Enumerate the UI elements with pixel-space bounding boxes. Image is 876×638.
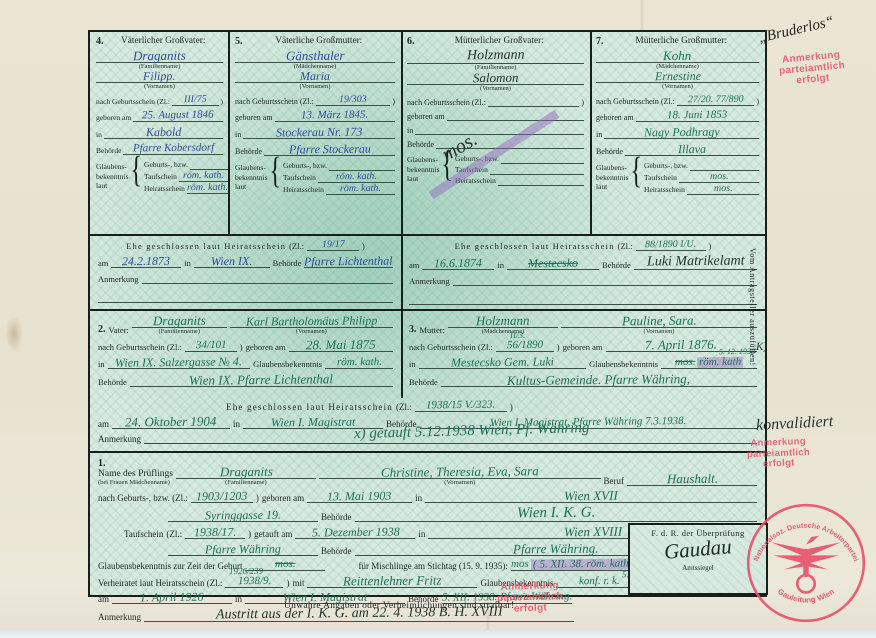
label: Behörde: [235, 147, 262, 156]
label: geboren am: [96, 113, 131, 122]
label: laut: [235, 182, 268, 192]
section-title: Väterlicher Großvater:: [104, 36, 224, 47]
nsdap-round-stamp: Nationalsoz. Deutsche Arbeiterpartei Gau…: [746, 503, 866, 623]
label: Behörde: [596, 147, 623, 156]
eagle-emblem-icon: [771, 536, 841, 593]
birthdate-value: 7. April 1876.: [645, 338, 717, 352]
baptism-date-value: 5. Dezember 1938: [311, 526, 399, 539]
birthplace-value: Wien IX. Salzergasse № 4.: [115, 356, 242, 369]
firstname-sublabel: (Vornamen): [596, 83, 759, 90]
label: Glaubensbekenntnis zur Zeit der Geburt: [98, 561, 242, 571]
section-number: 3.: [409, 324, 417, 335]
firstname-sublabel: (Vornamen): [230, 328, 393, 335]
firstname-sublabel: (Vornamen): [319, 479, 601, 486]
baptism-parish-value: Pfarre Währing: [205, 543, 281, 556]
label: am: [98, 258, 108, 268]
label: in: [418, 529, 425, 539]
certificate-number: 27/20. 77/890: [688, 95, 744, 106]
religion-marriage: röm. kath.: [187, 183, 228, 193]
religion-at-birth-value: mos.: [275, 559, 296, 570]
label: ): [392, 97, 395, 106]
brace-glyph: {: [131, 152, 143, 203]
blank-line: [409, 295, 757, 305]
firstname-field: Salomon (Vornamen): [407, 71, 584, 92]
birthdate-value: 13. März 1845.: [301, 110, 368, 122]
label: Geburts-, bzw.: [283, 161, 327, 171]
label: Behörde: [602, 260, 631, 270]
label: nach Geburtsschein (Zl.:: [96, 97, 170, 106]
marriage-date-value: 1. April 1926: [140, 591, 204, 604]
section-number: 4.: [96, 36, 104, 47]
label: Behörde: [321, 546, 352, 556]
birthplace-value: Mestecsko Gem. Luki: [451, 356, 554, 369]
label: Glaubensbekenntnis: [589, 359, 658, 369]
birthdate-empty: [447, 111, 584, 121]
label: am: [409, 260, 419, 270]
surname-sublabel: (Familienname): [176, 479, 316, 486]
birthplace-value: Wien XVII: [564, 489, 618, 503]
form-area: 4. Väterlicher Großvater: Draganits (Fam…: [88, 30, 767, 597]
surname-value: Draganits: [153, 314, 206, 328]
label: laut: [596, 182, 629, 192]
svg-text:Gauleitung Wien: Gauleitung Wien: [776, 587, 836, 605]
label: Glaubens-: [96, 162, 129, 172]
baptism-certificate-number: 1938/17.: [194, 526, 236, 538]
authority-value: Wien IX. Pfarre Lichtenthal: [189, 373, 333, 388]
label: Taufschein: [283, 173, 316, 183]
grid-line: [90, 309, 765, 311]
firstname-value: Pauline, Sara.: [622, 314, 697, 328]
certificate-number: III/75: [184, 95, 207, 105]
label: Verheiratet laut Heiratsschein (Zl.:: [98, 578, 222, 588]
label: in: [235, 594, 242, 604]
religion-new: röm. kath: [697, 357, 743, 368]
label: Mutter:: [420, 325, 446, 335]
label: geboren am: [596, 113, 634, 122]
label: Behörde: [321, 512, 352, 522]
marriage-place: Mestecsko: [528, 257, 578, 270]
birth-certificate-number: 1903/1203: [196, 490, 247, 503]
label: Beruf: [604, 476, 625, 486]
label: Vater:: [109, 325, 129, 335]
marriage-number: 88/1890 I/U.: [645, 240, 696, 251]
surname-value: Holzmann: [476, 314, 530, 328]
label: Behörde: [409, 377, 438, 387]
section-number: 6.: [407, 36, 415, 47]
surname-value: Gänsthaler: [286, 49, 345, 63]
brace-glyph: {: [270, 153, 282, 204]
label: ): [510, 402, 513, 412]
stamp-line: erfolgt: [747, 458, 810, 471]
label: Name des Prüflings: [98, 469, 173, 479]
birthplace-value: Stockerau Nr. 173: [276, 125, 362, 138]
label: Behörde: [407, 140, 434, 149]
firstname-field: Ernestine (Vornamen): [596, 70, 759, 90]
label: am: [98, 419, 109, 429]
birth-authority-value: Wien I. K. G.: [517, 506, 595, 522]
marriage-number: 1938/15 V./323.: [426, 400, 495, 412]
label: am: [98, 594, 109, 604]
label: ): [362, 241, 365, 251]
scanner-edge: [0, 630, 876, 638]
marriage-maternal-grandparents: Ehe geschlossen laut Heiratsschein (Zl.:…: [401, 236, 765, 309]
firstname-value: Maria: [300, 70, 330, 82]
marriage-certificate-number-addendum: 1926/239: [229, 567, 263, 576]
birthdate-value: 13. Mai 1903: [327, 490, 391, 503]
marriage-date: 24.2.1873: [122, 255, 170, 268]
sublabel: (bei Frauen Mädchenname): [98, 479, 173, 486]
religion-block: Glaubens- bekenntnis laut { Geburts-, bz…: [96, 159, 223, 194]
label: ): [240, 342, 243, 352]
label: Glaubens-: [596, 163, 629, 173]
label: Glaubens-: [235, 163, 268, 173]
label: ): [221, 97, 224, 106]
label: Heiratsschein: [644, 185, 685, 195]
label: geboren am: [262, 493, 304, 503]
label: ): [248, 529, 251, 539]
baptism-place-value: Wien XVIII: [564, 525, 622, 539]
religion-baptism: mos.: [710, 172, 729, 182]
section-title: Väterliche Großmutter:: [243, 36, 396, 47]
label: Glaubensbekenntnis: [253, 359, 322, 369]
official-seal-label: Amtssiegel: [632, 564, 764, 572]
section-maternal-grandmother: 7. Mütterliche Großmutter: Kohn (Mädchen…: [590, 32, 765, 234]
paper-stain: [5, 316, 23, 352]
label: nach Geburtsschein (Zl.:: [596, 97, 675, 106]
baptism-authority-value: Pfarre Währing.: [513, 542, 599, 556]
label: geboren am: [246, 342, 286, 352]
section-number: 2.: [98, 324, 106, 335]
occupation-field: Haushalt.: [627, 472, 757, 486]
firstname-field: Karl Bartholomäus Philipp (Vornamen): [230, 315, 393, 335]
section-number: 5.: [235, 36, 243, 47]
label: bekenntnis: [235, 173, 268, 183]
name-label-stack: 1. Name des Prüflings (bei Frauen Mädche…: [98, 458, 173, 486]
label: (Zl.:: [618, 241, 633, 251]
label: Anmerkung: [98, 612, 141, 622]
remark-empty: [142, 274, 393, 284]
label: Glaubens-: [407, 155, 440, 165]
label: bekenntnis: [407, 165, 440, 175]
label: Anmerkung: [409, 276, 450, 286]
label: in: [184, 258, 191, 268]
handwritten-k-mark: K): [756, 342, 767, 353]
section-paternal-grandmother: 5. Väterliche Großmutter: Gänsthaler (Mä…: [229, 32, 401, 234]
birthplace-value: Nagy Podhragy: [644, 126, 720, 139]
marriage-date: 16.6.1874: [434, 257, 482, 270]
firstname-field: Pauline, Sara. (Vornamen): [561, 314, 757, 335]
label: in: [407, 126, 413, 135]
marriage-number: 19/17: [322, 240, 345, 250]
label: Behörde: [273, 258, 302, 268]
section-title: Mütterlicher Großvater:: [415, 36, 585, 47]
label: in: [233, 419, 240, 429]
label: Taufschein: [644, 173, 677, 183]
surname-sublabel: (Familienname): [132, 328, 227, 335]
label: ): [557, 342, 560, 352]
firstname-value: Salomon: [473, 71, 519, 84]
firstname-value: Christine, Theresia, Eva, Sara: [381, 464, 539, 479]
marriage-certificate-number: 1938/9.: [238, 576, 271, 587]
penalty-warning: Unwahre Angaben oder Verheimlichungen si…: [284, 601, 514, 611]
marriage-paternal-grandparents: Ehe geschlossen laut Heiratsschein (Zl.:…: [90, 236, 401, 309]
marriage-authority: Pfarre Lichtenthal: [304, 255, 393, 268]
label: Behörde: [96, 146, 121, 155]
label: Heiratsschein: [144, 184, 185, 194]
surname-value: Draganits: [133, 49, 186, 63]
signature: Gaudau: [663, 536, 732, 563]
label: Ehe geschlossen laut Heiratsschein: [226, 402, 393, 412]
label: in: [235, 130, 241, 139]
surname-field: Holzmann (Mädchenname): [448, 314, 558, 335]
religion-baptism: röm. kath.: [336, 172, 377, 182]
marriage-place: Wien I. Magistrat: [271, 416, 355, 429]
marriage-parents: Ehe geschlossen laut Heiratsschein (Zl.:…: [90, 399, 765, 451]
surname-field: Holzmann (Familienname): [407, 49, 584, 71]
label: Ehe geschlossen laut Heiratsschein: [126, 241, 286, 251]
birthplace-empty: [415, 125, 584, 135]
occupation-value: Haushalt.: [666, 472, 717, 486]
spouse-religion-value: konf. r. k.: [579, 576, 620, 587]
label: getauft am: [254, 529, 292, 539]
label: in: [96, 130, 102, 139]
authority-value: Pfarre Kobersdorf: [133, 143, 214, 155]
label: Heiratsschein: [283, 185, 324, 195]
label: für Mischlinge am Stichtag (15. 9. 1935)…: [358, 561, 507, 571]
certificate-number: 19/303: [339, 95, 367, 105]
firstname-value: Ernestine: [654, 70, 700, 82]
label: ): [756, 97, 759, 106]
birthdate-value: 25. August 1846: [142, 110, 214, 122]
surname-field: Kohn (Mädchenname): [596, 49, 759, 70]
blank-line: [98, 293, 393, 303]
stamp-parteiamtlich-top: Anmerkung parteiamtlich erfolgt: [778, 49, 847, 88]
remark-line: x) getauft 5.12.1938 Wien, Pf. Währing: [144, 434, 757, 444]
stamp-ring-text-bottom: Gauleitung Wien: [776, 587, 836, 605]
firstname-field: Christine, Theresia, Eva, Sara (Vornamen…: [319, 465, 601, 486]
label: Geburts-, bzw.: [644, 161, 688, 171]
label: laut: [96, 181, 129, 191]
label: nach Geburtsschein (Zl.:: [98, 342, 182, 352]
label: mit: [292, 578, 304, 588]
surname-field: Draganits (Familienname): [96, 49, 223, 70]
surname-value: Holzmann: [467, 49, 525, 64]
label: geboren am: [407, 112, 445, 121]
label: ): [286, 578, 289, 588]
certificate-number-empty: [488, 97, 579, 107]
surname-sublabel: (Mädchenname): [448, 328, 558, 335]
label: geboren am: [563, 342, 603, 352]
label: nach Geburtsschein (Zl.:: [407, 98, 486, 107]
label: in: [596, 130, 602, 139]
label: nach Geburts-, bzw. (Zl.:: [98, 493, 188, 503]
surname-value: Kohn: [663, 49, 691, 62]
section-mother: 3. Mutter: Holzmann (Mädchenname) Paulin…: [401, 312, 765, 399]
label: Behörde: [98, 377, 127, 387]
firstname-field: Maria (Vornamen): [235, 70, 395, 90]
firstname-sublabel: (Vornamen): [235, 83, 395, 90]
section-paternal-grandfather: 4. Väterlicher Großvater: Draganits (Fam…: [90, 32, 229, 234]
label: (Zl.:: [166, 529, 182, 539]
authority-value: Kultus-Gemeinde. Pfarre Währing,: [507, 373, 690, 388]
section-title: Mütterliche Großmutter:: [604, 36, 760, 47]
stamp-parteiamtlich-middle: Anmerkung parteiamtlich erfolgt: [746, 437, 810, 471]
surname-field: Gänsthaler (Mädchenname): [235, 49, 395, 70]
birthdate-value: 18. Juni 1853: [667, 110, 727, 122]
authority-value: Illava: [678, 143, 706, 155]
religion-marriage: röm. kath.: [340, 184, 381, 194]
certificate-number: 56/1890: [507, 340, 543, 351]
surname-field: Draganits (Familienname): [176, 465, 316, 486]
label: nach Geburtsschein (Zl.:: [235, 97, 314, 106]
section-number: 7.: [596, 36, 604, 47]
surname-field: Draganits (Familienname): [132, 314, 227, 335]
firstname-value: Karl Bartholomäus Philipp: [246, 314, 377, 327]
religion-block: Glaubens- bekenntnis laut { Geburts-, bz…: [596, 160, 759, 195]
religion-marriage: mos.: [714, 184, 733, 194]
label: ): [709, 241, 712, 251]
label: in: [415, 493, 422, 503]
firstname-sublabel: (Vornamen): [561, 328, 757, 335]
label: Taufschein: [124, 529, 163, 539]
birthdate-value: 28. Mai 1875: [306, 338, 376, 352]
religion-baptism: röm. kath.: [183, 171, 224, 181]
authority-value: Pfarre Stockerau: [289, 143, 371, 156]
label: Anmerkung: [98, 274, 139, 284]
mischling-religion-value: mos: [511, 559, 529, 570]
marriage-place: Wien IX.: [211, 255, 252, 267]
label: ): [256, 493, 259, 503]
label: ): [581, 98, 584, 107]
label: laut: [407, 174, 440, 184]
scanned-document-page: 4. Väterlicher Großvater: Draganits (Fam…: [0, 0, 876, 638]
label: in: [98, 359, 105, 369]
marriage-date: 24. Oktober 1904: [125, 415, 216, 429]
firstname-sublabel: (Vornamen): [407, 85, 584, 92]
remark-empty: [453, 276, 757, 286]
label: nach Geburtsschein (Zl.:: [409, 342, 493, 352]
handwritten-corner-note: „Bruderlos“: [757, 14, 836, 48]
firstname-sublabel: (Vornamen): [96, 83, 223, 90]
section-maternal-grandfather: 6. Mütterlicher Großvater: Holzmann (Fam…: [401, 32, 590, 234]
label: geboren am: [235, 113, 273, 122]
birthplace-value: Kabold: [146, 126, 181, 138]
marriage-authority: Luki Matrikelamt: [647, 254, 745, 269]
section-number: 1.: [98, 458, 173, 469]
firstname-field: Filipp. (Vornamen): [96, 70, 223, 90]
label: in: [409, 359, 416, 369]
label: Geburts-, bzw.: [144, 160, 188, 170]
religion-old: mos.: [675, 357, 696, 368]
certificate-number: 34/101: [195, 340, 226, 351]
label: Taufschein: [144, 172, 177, 182]
religion-value: röm. kath.: [336, 357, 381, 368]
brace-glyph: {: [631, 153, 643, 204]
label: (Zl.:: [396, 402, 412, 412]
handwritten-konvalidiert-note: konvalidiert: [756, 414, 834, 434]
label: Ehe geschlossen laut Heiratsschein: [455, 241, 615, 251]
label: bekenntnis: [596, 173, 629, 183]
firstname-value: Filipp.: [143, 70, 175, 82]
label: in: [497, 260, 504, 270]
birth-address-value: Syringgasse 19.: [205, 509, 281, 522]
surname-value: Draganits: [219, 465, 272, 479]
certificate-number-addendum: II/3.: [510, 331, 525, 340]
spouse-name-value: Reittenlehner Fritz: [343, 574, 442, 588]
label: (Zl.:: [289, 241, 304, 251]
religion-block: Glaubens- bekenntnis laut { Geburts-, bz…: [235, 160, 395, 195]
section-father: 2. Vater: Draganits (Familienname) Karl …: [90, 312, 401, 399]
label: Anmerkung: [98, 434, 141, 444]
label: bekenntnis: [96, 172, 129, 182]
